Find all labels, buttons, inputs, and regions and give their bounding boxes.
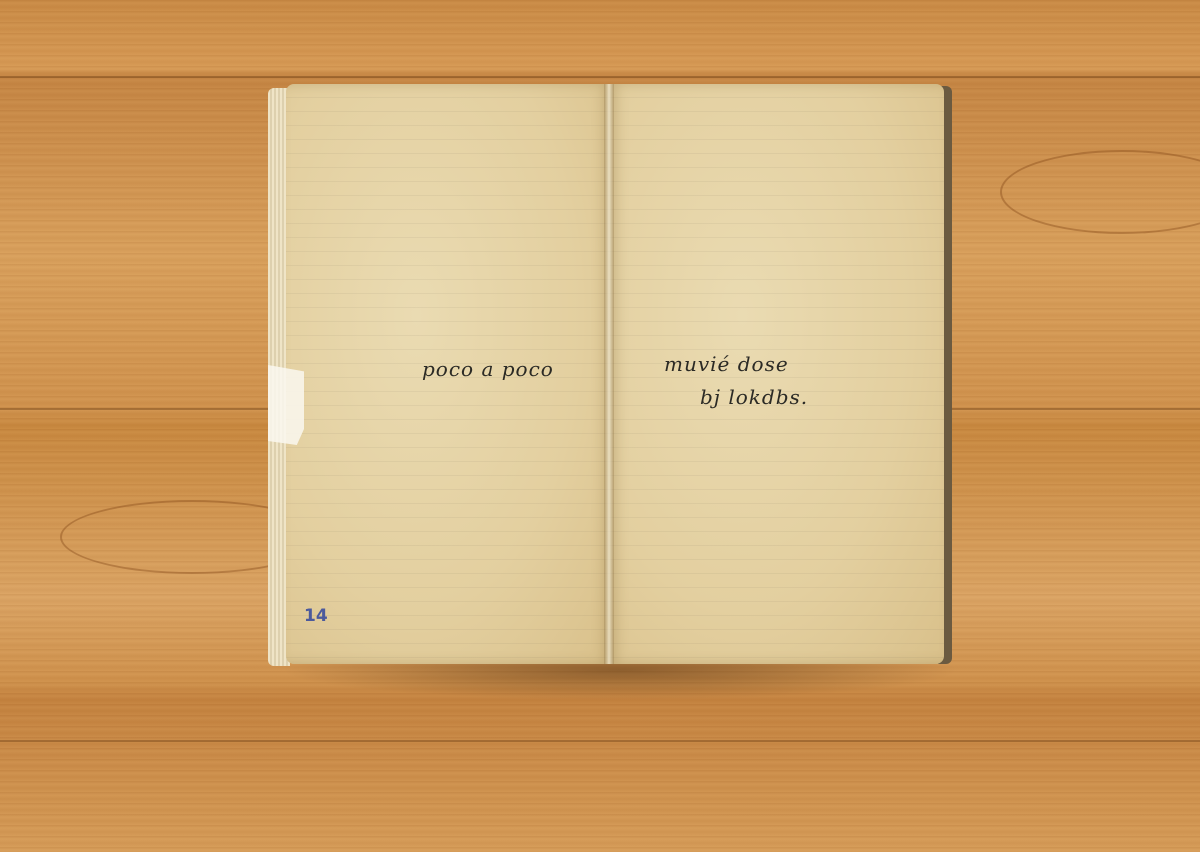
right-page-handwriting-line2: bj lokdbs. — [700, 385, 808, 409]
left-page-handwriting: poco a poco — [422, 357, 554, 381]
plank-seam-bottom — [0, 740, 1200, 742]
plank-seam-top — [0, 76, 1200, 78]
wood-knot — [1000, 150, 1200, 234]
right-page-handwriting-line1: muvié dose — [664, 352, 789, 376]
page-number: 14 — [304, 606, 328, 626]
notebook-gutter — [604, 84, 614, 664]
notebook — [268, 84, 952, 668]
tape-strip — [268, 365, 304, 445]
